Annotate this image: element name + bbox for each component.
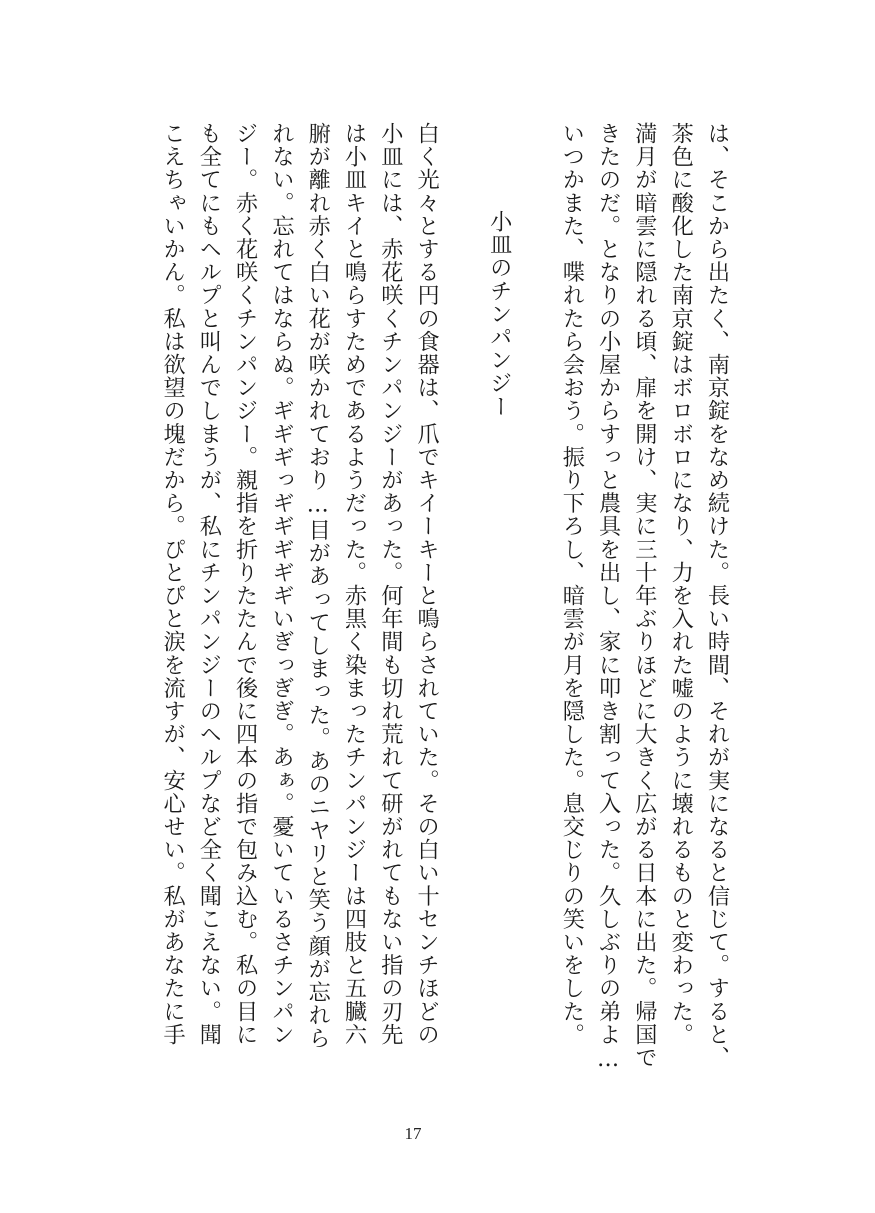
text-line: ジー。赤く花咲くチンパンジー。親指を折りたたんで後に四本の指で包み込む。私の目に (227, 122, 263, 1082)
text-line: いつかまた、喋れたら会おう。振り下ろし、暗雲が月を隠した。息交じりの笑いをした。 (554, 122, 590, 1082)
text-line: れない。忘れてはならぬ。ギギギっギギギギギいぎっぎぎ。あぁ。憂いているさチンパン (263, 122, 299, 1082)
text-line: 茶色に酸化した南京錠はボロボロになり、力を入れた嘘のように壊れるものと変わった。 (662, 122, 698, 1082)
text-line: きたのだ。となりの小屋からすっと農具を出し、家に叩き割って入った。久しぶりの弟よ… (590, 122, 626, 1082)
section-title: 小皿のチンパンジー (481, 122, 517, 1082)
text-line: も全てにもヘルプと叫んでしまうが、私にチンパンジーのヘルプなど全く聞こえない。聞 (191, 122, 227, 1082)
text-line: 満月が暗雲に隠れる頃、扉を開け、実に三十年ぶりほどに大きく広がる日本に出た。帰国… (626, 122, 662, 1082)
text-line: は、そこから出たく、南京錠をなめ続けた。長い時間、それが実になると信じて。すると… (699, 122, 735, 1082)
text-line: 白く光々とする円の食器は、爪でキイーキーと鳴らされていた。その白い十センチほどの (408, 122, 444, 1082)
text-line: 小皿には、赤花咲くチンパンジーがあった。何年間も切れ荒れて研がれてもない指の刃先 (372, 122, 408, 1082)
blank-line (517, 122, 553, 1082)
text-line: こえちゃいかん。私は欲望の塊だから。ぴとぴと涙を流すが、安心せい。私があなたに手 (154, 122, 190, 1082)
page-number: 17 (0, 1124, 826, 1144)
document-page: は、そこから出たく、南京錠をなめ続けた。長い時間、それが実になると信じて。すると… (0, 0, 875, 1213)
text-line: 腑が離れ赤く白い花が咲かれており…目があってしまった。あのニヤリと笑う顔が忘れら (299, 122, 335, 1082)
text-line: は小皿キイと鳴らすためであるようだった。赤黒く染まったチンパンジーは四肢と五臓六 (336, 122, 372, 1082)
vertical-text-body: は、そこから出たく、南京錠をなめ続けた。長い時間、それが実になると信じて。すると… (154, 122, 735, 1082)
blank-line (445, 122, 481, 1082)
